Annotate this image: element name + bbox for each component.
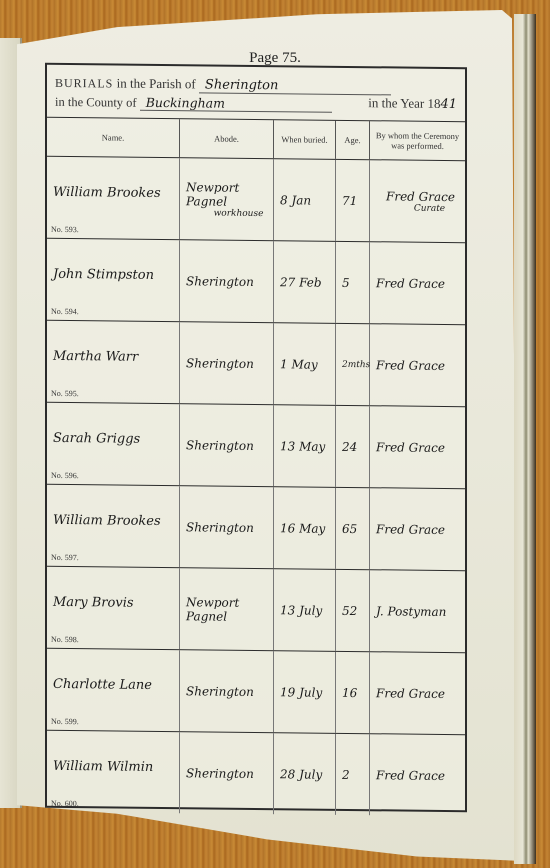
officiant-text: Fred Grace <box>386 189 455 204</box>
entry-abode: Newport Pagnel <box>180 568 274 650</box>
entry-age: 2 <box>336 734 370 815</box>
column-headers: Name. Abode. When buried. Age. By whom t… <box>47 118 465 161</box>
name-text: William Brookes <box>53 185 161 201</box>
entry-age: 2mths <box>336 324 370 405</box>
entry-abode: Sherington <box>180 240 274 322</box>
entry-abode: Sherington <box>180 322 274 404</box>
entry-age: 24 <box>336 406 370 487</box>
col-age: Age. <box>336 121 370 159</box>
entry-when-buried: 1 May <box>274 323 336 405</box>
entry-when-buried: 13 July <box>274 569 336 651</box>
entry-name: Sarah GriggsNo. 596. <box>47 403 180 485</box>
abode-note: workhouse <box>214 208 264 219</box>
entry-when-buried: 28 July <box>274 733 336 815</box>
entry-officiant: Fred Grace <box>370 324 465 406</box>
entry-abode: Sherington <box>180 732 274 814</box>
entry-age: 16 <box>336 652 370 733</box>
name-text: Mary Brovis <box>53 595 134 611</box>
county-prefix: in the County of <box>55 95 137 110</box>
entry-when-buried: 27 Feb <box>274 241 336 323</box>
entry-age: 65 <box>336 488 370 569</box>
name-text: William Brookes <box>53 513 161 529</box>
table-row: Sarah GriggsNo. 596. Sherington 13 May 2… <box>47 403 465 489</box>
entry-name: John StimpstonNo. 594. <box>47 239 180 321</box>
entry-number: No. 593. <box>51 225 79 234</box>
burials-title: BURIALS <box>55 76 113 91</box>
table-row: William BrookesNo. 593. Newport Pagnelwo… <box>47 157 465 243</box>
table-row: William BrookesNo. 597. Sherington 16 Ma… <box>47 485 465 571</box>
page-block-edge <box>514 14 536 864</box>
name-text: Martha Warr <box>53 349 138 365</box>
abode-text: Newport Pagnel <box>186 180 273 209</box>
entry-when-buried: 19 July <box>274 651 336 733</box>
entry-name: Martha WarrNo. 595. <box>47 321 180 403</box>
year-line: in the Year 1841 <box>368 95 457 112</box>
year-value: 41 <box>440 97 457 112</box>
entry-officiant: Fred Grace <box>370 652 465 734</box>
name-text: Charlotte Lane <box>53 677 152 693</box>
col-name: Name. <box>47 118 180 157</box>
entry-officiant: Fred Grace <box>370 406 465 488</box>
entry-number: No. 594. <box>51 307 79 316</box>
entry-name: William BrookesNo. 597. <box>47 485 180 567</box>
entry-abode: Newport Pagnelworkhouse <box>180 158 274 240</box>
table-row: William WilminNo. 600. Sherington 28 Jul… <box>47 731 465 816</box>
parish-line: BURIALS in the Parish of Sherington <box>55 75 391 96</box>
entry-age: 52 <box>336 570 370 651</box>
parish-value: Sherington <box>199 77 391 95</box>
entry-age: 5 <box>336 242 370 323</box>
entry-abode: Sherington <box>180 650 274 732</box>
entry-when-buried: 13 May <box>274 405 336 487</box>
col-when-buried: When buried. <box>274 120 336 159</box>
entry-number: No. 597. <box>51 553 79 562</box>
year-prefix: in the Year 18 <box>368 95 440 111</box>
table-row: Charlotte LaneNo. 599. Sherington 19 Jul… <box>47 649 465 735</box>
entry-name: Charlotte LaneNo. 599. <box>47 649 180 731</box>
county-line: in the County of Buckingham <box>55 94 332 113</box>
entry-number: No. 598. <box>51 635 79 644</box>
entry-age: 71 <box>336 160 370 241</box>
entry-officiant: J. Postyman <box>370 570 465 652</box>
col-ceremony: By whom the Ceremony was performed. <box>370 121 465 160</box>
table-row: Martha WarrNo. 595. Sherington 1 May 2mt… <box>47 321 465 407</box>
entry-officiant: Fred Grace <box>370 488 465 570</box>
entry-officiant: Fred Grace <box>370 734 465 816</box>
table-row: Mary BrovisNo. 598. Newport Pagnel 13 Ju… <box>47 567 465 653</box>
entry-name: Mary BrovisNo. 598. <box>47 567 180 649</box>
entry-name: William BrookesNo. 593. <box>47 157 180 239</box>
name-text: Sarah Griggs <box>53 431 140 447</box>
register-header: BURIALS in the Parish of Sherington in t… <box>47 65 465 122</box>
entry-number: No. 600. <box>51 799 79 808</box>
entry-abode: Sherington <box>180 486 274 568</box>
entry-officiant: Fred Grace <box>370 242 465 324</box>
name-text: John Stimpston <box>53 267 154 283</box>
table-row: John StimpstonNo. 594. Sherington 27 Feb… <box>47 239 465 325</box>
entry-officiant: Fred GraceCurate <box>370 160 465 242</box>
entry-number: No. 599. <box>51 717 79 726</box>
county-value: Buckingham <box>140 95 332 113</box>
name-text: William Wilmin <box>53 759 153 775</box>
burial-register-table: BURIALS in the Parish of Sherington in t… <box>45 63 467 812</box>
officiant-note: Curate <box>414 203 445 213</box>
entry-when-buried: 16 May <box>274 487 336 569</box>
entry-name: William WilminNo. 600. <box>47 731 180 813</box>
entry-abode: Sherington <box>180 404 274 486</box>
entry-number: No. 596. <box>51 471 79 480</box>
entry-number: No. 595. <box>51 389 79 398</box>
col-abode: Abode. <box>180 119 274 158</box>
entry-when-buried: 8 Jan <box>274 159 336 241</box>
parish-prefix: in the Parish of <box>117 76 196 92</box>
